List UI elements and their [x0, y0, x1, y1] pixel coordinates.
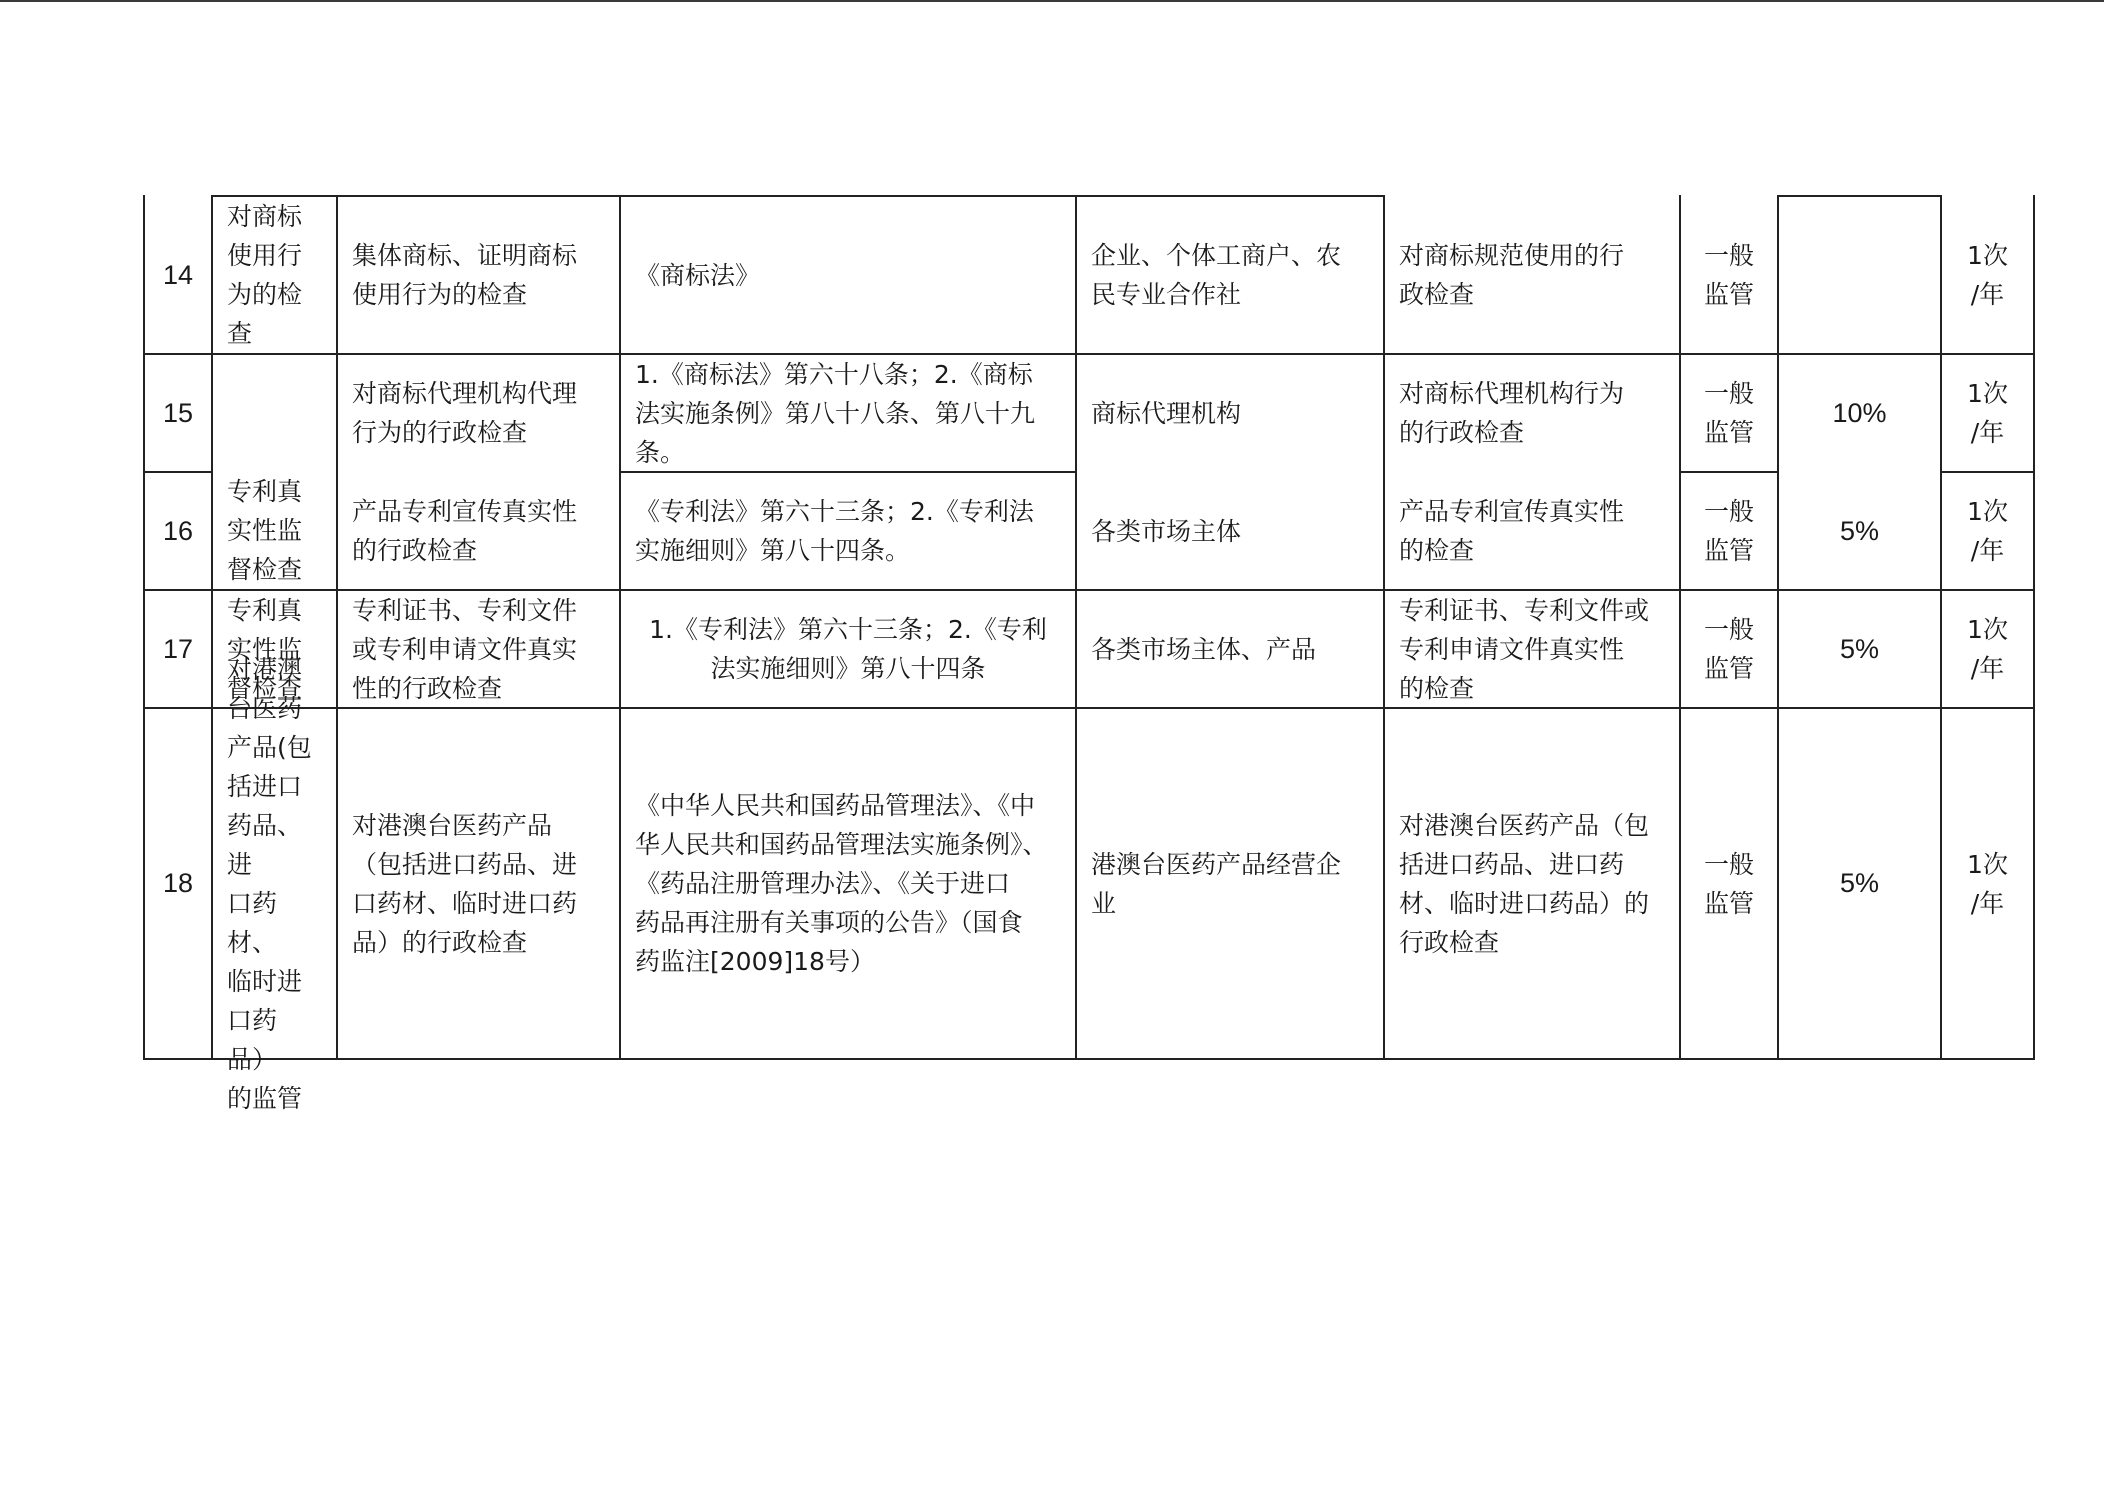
row-number: 17	[145, 591, 211, 707]
check-matter: 产品专利宣传真实性 的检查	[1385, 473, 1679, 589]
sampling-ratio	[1779, 197, 1940, 353]
supervision-type: 一般 监管	[1681, 355, 1777, 471]
check-frequency: 1次 /年	[1942, 709, 2033, 1058]
table-border	[143, 1058, 2035, 1060]
check-content: 集体商标、证明商标 使用行为的检查	[338, 197, 619, 353]
sampling-ratio: 10%	[1779, 355, 1940, 471]
sampling-ratio: 5%	[1779, 709, 1940, 1058]
check-subject: 企业、个体工商户、农 民专业合作社	[1077, 197, 1383, 353]
supervision-type: 一般 监管	[1681, 197, 1777, 353]
check-subject: 各类市场主体、产品	[1077, 591, 1383, 707]
check-matter: 对商标代理机构行为 的行政检查	[1385, 355, 1679, 471]
sampling-ratio: 5%	[1779, 473, 1940, 589]
check-frequency: 1次 /年	[1942, 197, 2033, 353]
supervision-type: 一般 监管	[1681, 709, 1777, 1058]
inspection-table: 14 对商标 使用行 为的检 查 集体商标、证明商标 使用行为的检查 《商标法》…	[0, 0, 2104, 1488]
check-subject: 各类市场主体	[1077, 473, 1383, 589]
sampling-ratio: 5%	[1779, 591, 1940, 707]
check-frequency: 1次 /年	[1942, 473, 2033, 589]
check-frequency: 1次 /年	[1942, 355, 2033, 471]
check-matter: 对港澳台医药产品（包 括进口药品、进口药 材、临时进口药品）的 行政检查	[1385, 709, 1679, 1058]
row-number: 15	[145, 355, 211, 471]
legal-basis: 《中华人民共和国药品管理法》、《中 华人民共和国药品管理法实施条例》、 《药品注…	[621, 709, 1075, 1058]
legal-basis: 《商标法》	[621, 197, 1075, 353]
item-name: 对商标 使用行 为的检 查	[213, 197, 336, 353]
check-subject: 商标代理机构	[1077, 355, 1383, 471]
check-content: 对商标代理机构代理 行为的行政检查	[338, 355, 619, 471]
check-matter: 专利证书、专利文件或 专利申请文件真实性 的检查	[1385, 591, 1679, 707]
legal-basis: 1.《专利法》第六十三条；2.《专利 法实施细则》第八十四条	[621, 591, 1075, 707]
legal-basis: 1.《商标法》第六十八条；2.《商标 法实施条例》第八十八条、第八十九 条。	[621, 355, 1075, 471]
row-number: 16	[145, 473, 211, 589]
legal-basis: 《专利法》第六十三条；2.《专利法 实施细则》第八十四条。	[621, 473, 1075, 589]
check-content: 产品专利宣传真实性 的行政检查	[338, 473, 619, 589]
col-divider	[2033, 195, 2035, 1060]
check-matter: 对商标规范使用的行 政检查	[1385, 197, 1679, 353]
check-frequency: 1次 /年	[1942, 591, 2033, 707]
check-content: 专利证书、专利文件 或专利申请文件真实 性的行政检查	[338, 591, 619, 707]
supervision-type: 一般 监管	[1681, 473, 1777, 589]
row-number: 14	[145, 197, 211, 353]
check-subject: 港澳台医药产品经营企 业	[1077, 709, 1383, 1058]
row-number: 18	[145, 709, 211, 1058]
item-name: 专利真 实性监 督检查	[213, 355, 336, 589]
check-content: 对港澳台医药产品 （包括进口药品、进 口药材、临时进口药 品）的行政检查	[338, 709, 619, 1058]
supervision-type: 一般 监管	[1681, 591, 1777, 707]
item-name: 对港澳 台医药 产品(包 括进口 药品、进 口药材、 临时进 口药品） 的监管	[213, 709, 336, 1058]
